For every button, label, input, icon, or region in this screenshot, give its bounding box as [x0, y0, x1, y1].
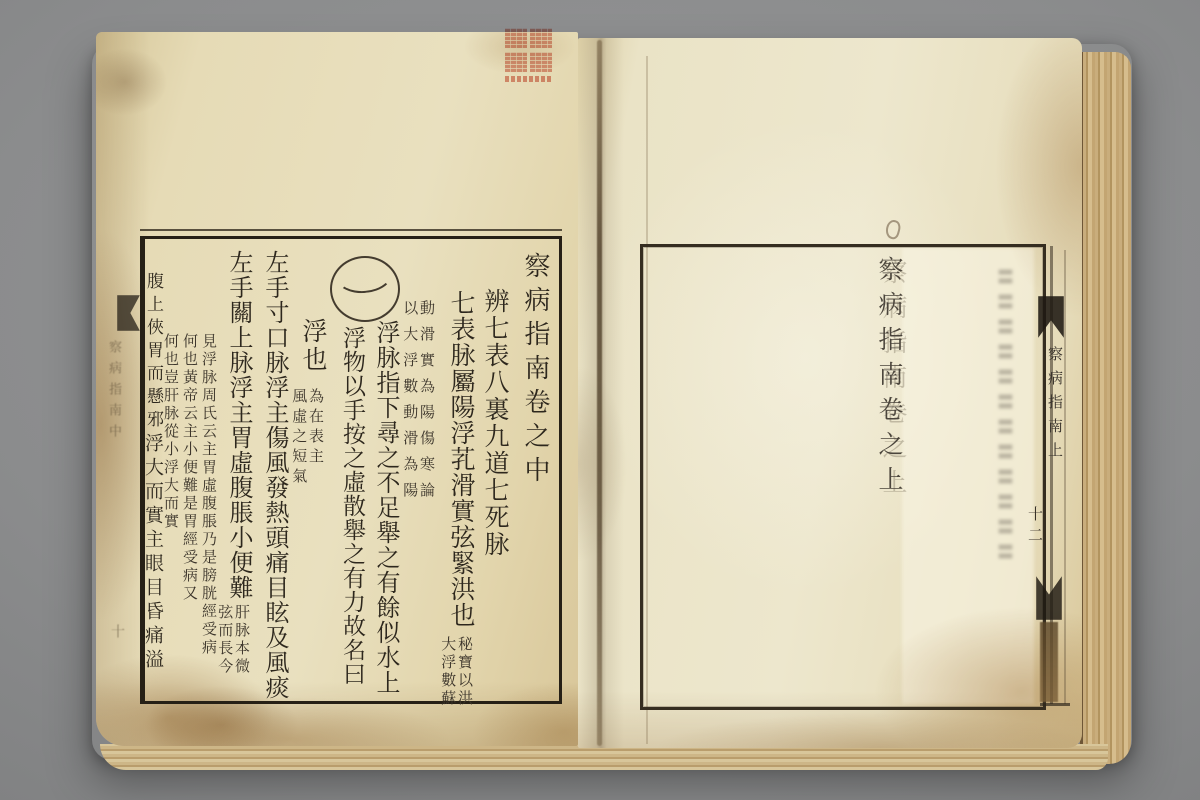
watermark-glyph-block	[530, 52, 552, 72]
note-line: 大浮數蘇	[439, 636, 456, 708]
watermark-glyph-block	[505, 28, 527, 48]
text-column-main: 左手關上脉浮主胃虛腹脹小便難	[225, 250, 253, 600]
annotation-column: 見浮脉周氏云主胃虛腹脹乃是膀胱經受病	[198, 333, 216, 657]
text-column: 七表脉屬陽浮芤滑實弦緊洪也 秘寶以洪 大浮數蘇	[441, 290, 474, 628]
note-line: 以大浮數動滑為陽	[401, 300, 418, 508]
watermark-glyph-block	[505, 52, 527, 72]
note-line: 風虛之短氣	[290, 388, 307, 488]
book-photo: 察病指南卷之中 辨七表八裏九道七死脉 七表脉屬陽浮芤滑實弦緊洪也 秘寶以洪 大浮…	[0, 0, 1200, 800]
spine-ink-bar	[1040, 622, 1058, 702]
text-column: 浮也 為在表主 風虛之短氣	[293, 318, 326, 374]
watermark-caption	[505, 76, 553, 82]
text-column: 浮物以手按之虛散舉之有力故名曰	[331, 326, 363, 686]
right-page-stack-edge	[1080, 52, 1131, 764]
annotation-column: 腹上俠胃而懸邪浮大而實主眼目昏痛溢	[142, 272, 162, 673]
note-line: 秘寶以洪	[456, 636, 473, 708]
text-column: 辨七表八裏九道七死脉	[474, 288, 508, 558]
text-column: 左手寸口脉浮主傷風發熱頭痛目眩及風痰	[256, 250, 287, 700]
bleedthrough-text: 〓〓〓〓〓〓〓〓〓〓〓〓	[983, 268, 1011, 568]
text-column-main: 七表脉屬陽浮芤滑實弦緊洪也	[447, 290, 476, 628]
spine-title-right: 察病指南上	[1042, 346, 1062, 466]
text-column: 浮脉指下尋之不足舉之有餘似水上	[366, 320, 398, 695]
note-line: 為在表主	[307, 388, 324, 488]
right-leaf-edge-line	[1064, 250, 1066, 704]
note-line: 肝脉本微	[233, 604, 250, 676]
text-column: 左手關上脉浮主胃虛腹脹小便難 肝脉本微 弦而長今	[220, 250, 251, 600]
red-watermark	[504, 26, 556, 94]
spine-title-left: 察病指南中	[104, 340, 120, 445]
spine-page-number-right: 十二	[1024, 506, 1042, 548]
circle-marker-icon	[330, 256, 400, 322]
annotation-segment: 浮大而實主眼目昏痛溢	[142, 433, 164, 673]
interlinear-note: 動滑實為陽傷寒論 以大浮數動滑為陽	[401, 300, 435, 508]
spine-page-number-left: 十	[108, 624, 124, 638]
text-column-main: 浮也	[299, 318, 328, 374]
watermark-glyph-block	[530, 28, 552, 48]
right-banxin-bottom-line	[1040, 703, 1070, 706]
annotation-column: 何也黃帝云主小便難是胃經受病又	[179, 333, 197, 603]
interlinear-note: 秘寶以洪 大浮數蘇	[439, 636, 473, 708]
left-volume-title-column: 察病指南卷之中	[512, 252, 548, 490]
note-line: 動滑實為陽傷寒論	[418, 300, 435, 508]
interlinear-note: 肝脉本微 弦而長今	[216, 604, 250, 676]
interlinear-note: 為在表主 風虛之短氣	[290, 388, 324, 488]
note-line: 弦而長今	[216, 604, 233, 676]
annotation-segment: 腹上俠胃而懸邪	[143, 272, 163, 433]
right-volume-title-column: 察病指南卷之上	[864, 256, 902, 501]
gutter-fold-line	[597, 40, 602, 746]
